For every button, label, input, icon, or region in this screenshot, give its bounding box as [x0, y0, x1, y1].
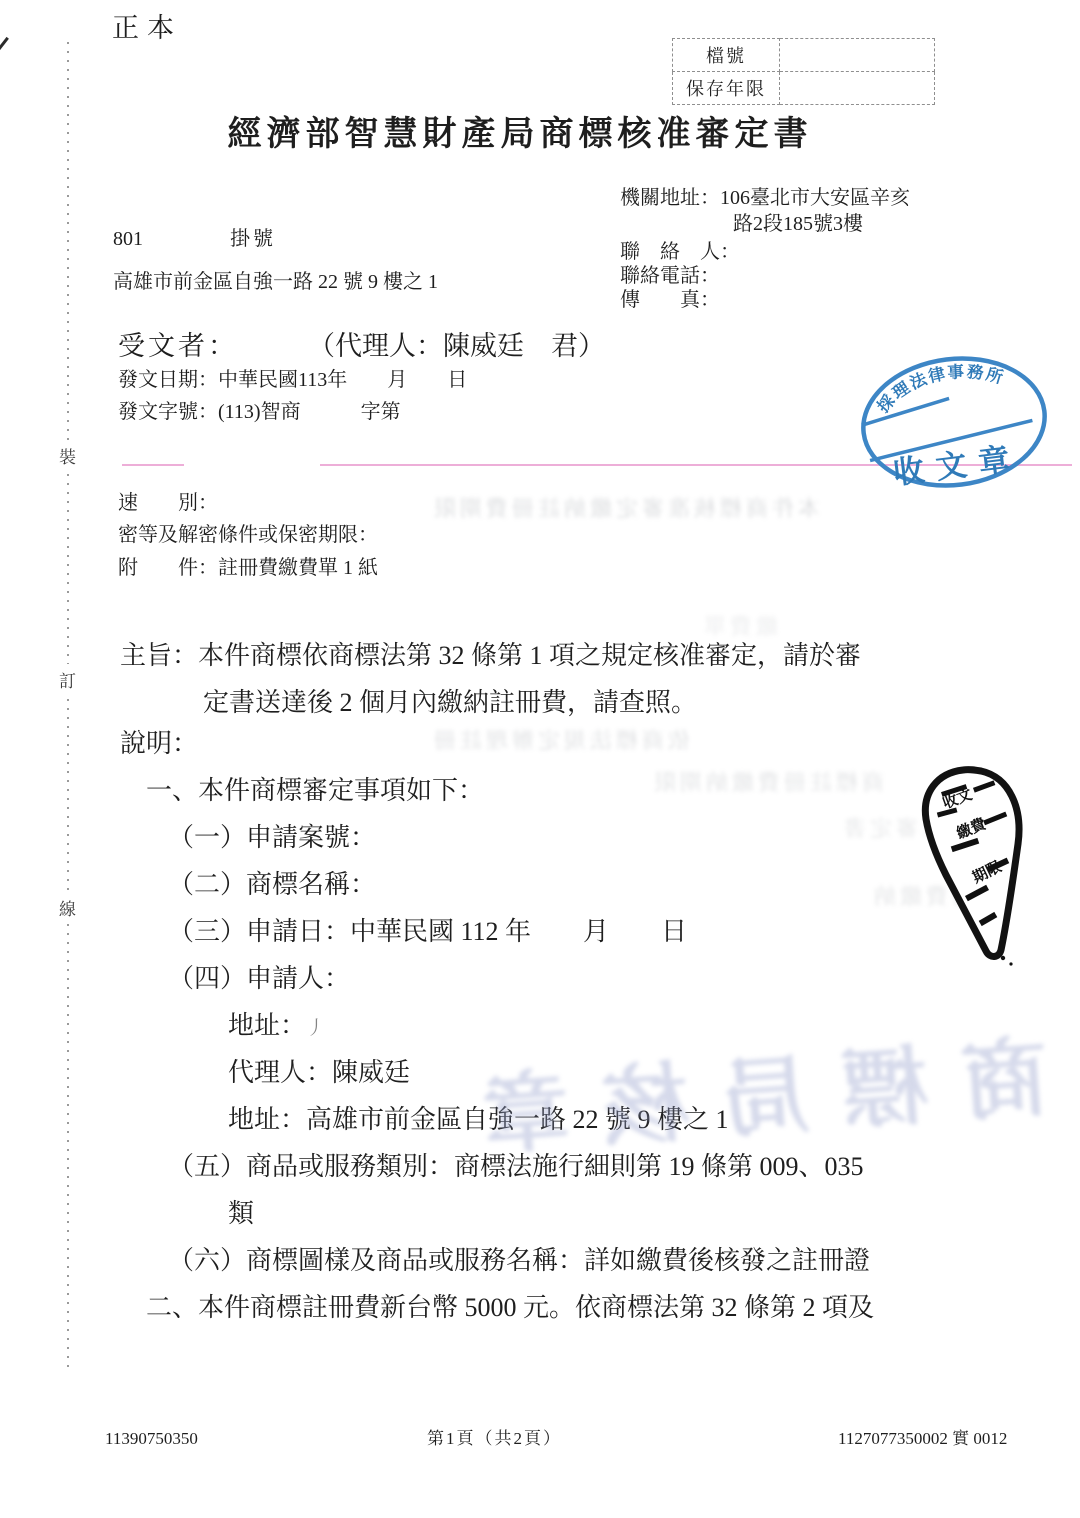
- document-title: 經濟部智慧財產局商標核准審定書: [0, 114, 1040, 157]
- subject-line2: 定書送達後 2 個月內繳納註冊費，請查照。: [203, 687, 697, 720]
- scanned-document-page: 正本 檔號 保存年限 經濟部智慧財產局商標核准審定書 機關地址：106臺北市大安…: [0, 0, 1080, 1518]
- receipt-stamp-arc-text: 採理法律事務所: [868, 355, 1011, 419]
- item-1-1: （一）申請案號：: [168, 822, 376, 855]
- item-2: 二、本件商標註冊費新台幣 5000 元。依商標法第 32 條第 2 項及: [146, 1292, 874, 1325]
- file-number-box: 檔號 保存年限: [672, 38, 935, 105]
- item-1-3: （三）申請日：中華民國 112 年 月 日: [168, 916, 687, 949]
- footer-reference-number: 1127077350002 實 0012: [838, 1428, 1007, 1449]
- retention-value: [780, 72, 935, 105]
- subject-line1: 本件商標依商標法第 32 條第 1 項之規定核准審定，請於審: [198, 640, 861, 673]
- item-1-5-continuation: 類: [228, 1198, 254, 1231]
- speed-label: 速 別：: [118, 491, 218, 516]
- footer-doc-code: 11390750350: [105, 1428, 198, 1449]
- receipt-stamp: 採理法律事務所 收文章: [856, 354, 1052, 496]
- agent-name-line: 代理人：陳威廷: [228, 1057, 410, 1090]
- item-1-6: （六）商標圖樣及商品或服務名稱：詳如繳費後核發之註冊證: [168, 1245, 870, 1278]
- agency-address-line2: 路2段185號3樓: [733, 212, 863, 237]
- applicant-address-line: 地址：丿: [228, 1010, 325, 1043]
- zip-code: 801: [113, 227, 143, 252]
- ink-stamp: 收文 繳費 期限: [891, 758, 1080, 970]
- doc-date-line: 發文日期：中華民國113年 月 日: [118, 368, 467, 393]
- explanation-label: 說明：: [120, 728, 198, 761]
- bleedthrough-smudge: 依商標法規定辦理註冊: [430, 724, 690, 755]
- item-1: 一、本件商標審定事項如下：: [146, 775, 484, 808]
- svg-text:採理法律事務所: 採理法律事務所: [868, 355, 1011, 419]
- item-1-4: （四）申請人：: [168, 963, 350, 996]
- applicant-address-label: 地址：: [228, 1011, 306, 1040]
- ink-stamp-speck: [1001, 956, 1005, 960]
- scan-corner-artifact: [0, 37, 9, 52]
- bleedthrough-smudge: 本件商標核准審定繳納註冊費期限: [430, 492, 820, 523]
- receipt-stamp-chord-upper: [860, 398, 951, 425]
- redacted-address-mark: 丿: [306, 1018, 325, 1039]
- attachment-line: 附 件：註冊費繳費單 1 紙: [118, 556, 378, 581]
- ink-stamp-speck: [1009, 962, 1012, 965]
- recipient-label: 受文者：: [118, 330, 238, 364]
- bleedthrough-smudge: 商標註冊費繳納期限: [650, 766, 884, 797]
- pink-scan-line-short: [122, 464, 184, 466]
- binding-dotted-line: [67, 42, 69, 1368]
- file-number-row: 檔號: [673, 39, 935, 72]
- fax-label: 傳 真：: [620, 288, 720, 313]
- agency-address-line1: 機關地址：106臺北市大安區辛亥: [620, 186, 910, 211]
- item-1-2: （二）商標名稱：: [168, 869, 376, 902]
- file-number-label: 檔號: [673, 39, 780, 72]
- agent-address-line: 地址：高雄市前金區自強一路 22 號 9 樓之 1: [228, 1104, 729, 1137]
- agency-address-label: 機關地址：: [620, 187, 720, 209]
- footer-page-indicator: 第1頁（共2頁）: [427, 1428, 562, 1449]
- retention-row: 保存年限: [673, 72, 935, 105]
- addressee-street-address: 高雄市前金區自強一路 22 號 9 樓之 1: [113, 270, 438, 295]
- mail-type-label: 掛號: [230, 227, 276, 252]
- contact-phone-label: 聯絡電話：: [620, 264, 720, 289]
- file-number-value: [780, 39, 935, 72]
- contact-person-label: 聯 絡 人：: [620, 240, 740, 265]
- binding-char-xian: 線: [58, 892, 77, 923]
- item-1-5: （五）商品或服務類別：商標法施行細則第 19 條第 009、035: [168, 1151, 864, 1184]
- doc-number-line: 發文字號：(113)智商 字第: [118, 400, 401, 425]
- agency-address-value1: 106臺北市大安區辛亥: [720, 187, 910, 209]
- binding-char-ding: 訂: [58, 664, 77, 695]
- bleedthrough-smudge: 繳費單: [700, 610, 778, 641]
- binding-char-zhuang: 裝: [58, 440, 77, 471]
- secrecy-label: 密等及解密條件或保密期限：: [118, 523, 378, 548]
- retention-label: 保存年限: [673, 72, 780, 105]
- copy-type-label: 正本: [112, 12, 182, 46]
- agent-note: （代理人：陳威廷 君）: [308, 330, 605, 364]
- subject-label: 主旨：: [120, 640, 198, 673]
